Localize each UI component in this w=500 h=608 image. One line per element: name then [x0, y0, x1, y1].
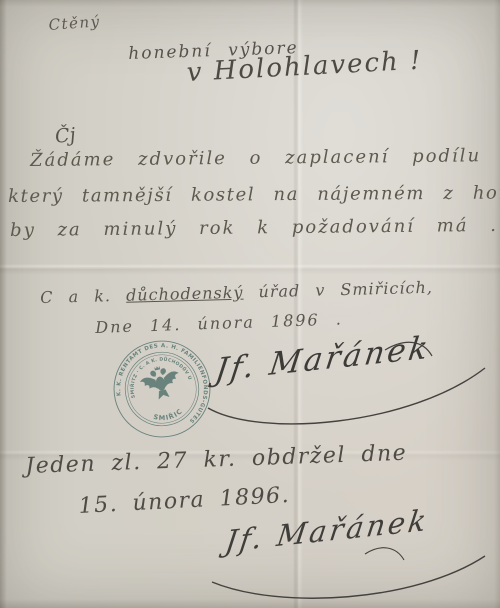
signature-2: Jf. Mařánek: [223, 503, 431, 559]
office-stamp: K. K. RENTAMT DES A. H. FAMILIENFONDS-GU…: [101, 328, 223, 450]
office-line-prefix: C a k.: [40, 286, 126, 307]
date-line: Dne 14. února 1896 .: [95, 309, 343, 337]
signature-1: Jf. Mařánek: [213, 329, 433, 388]
body-line-1: Žádáme zdvořile o zaplacení podílu ,: [30, 145, 500, 171]
svg-text:SMIŘIC: SMIŘIC: [151, 406, 186, 425]
stamp-bottom-text: SMIŘIC: [151, 406, 186, 425]
svg-text:SMIŘITZ · C. A K. DŮCHODŮV ÚŘA: SMIŘITZ · C. A K. DŮCHODŮV ÚŘAD: [101, 328, 195, 404]
document-page: Ctěný honební výbore v Holohlavech ! Čj …: [0, 0, 500, 608]
stamp-inner-text: SMIŘITZ · C. A K. DŮCHODŮV ÚŘAD: [101, 328, 195, 404]
reference-mark: Čj: [54, 124, 77, 148]
office-line-suffix: úřad v Smiřicích,: [243, 278, 433, 302]
salutation: Ctěný: [48, 12, 101, 34]
body-line-3: by za minulý rok k požadování má .: [10, 215, 498, 241]
office-line-underlined: důchodenský: [126, 283, 244, 305]
office-line: C a k. důchodenský úřad v Smiřicích,: [40, 278, 433, 307]
body-line-2: který tamnější kostel na nájemném z honi…: [8, 182, 500, 207]
receipt-line-1: Jeden zl. 27 kr. obdržel dne: [25, 441, 408, 479]
receipt-line-2: 15. února 1896.: [78, 483, 291, 519]
